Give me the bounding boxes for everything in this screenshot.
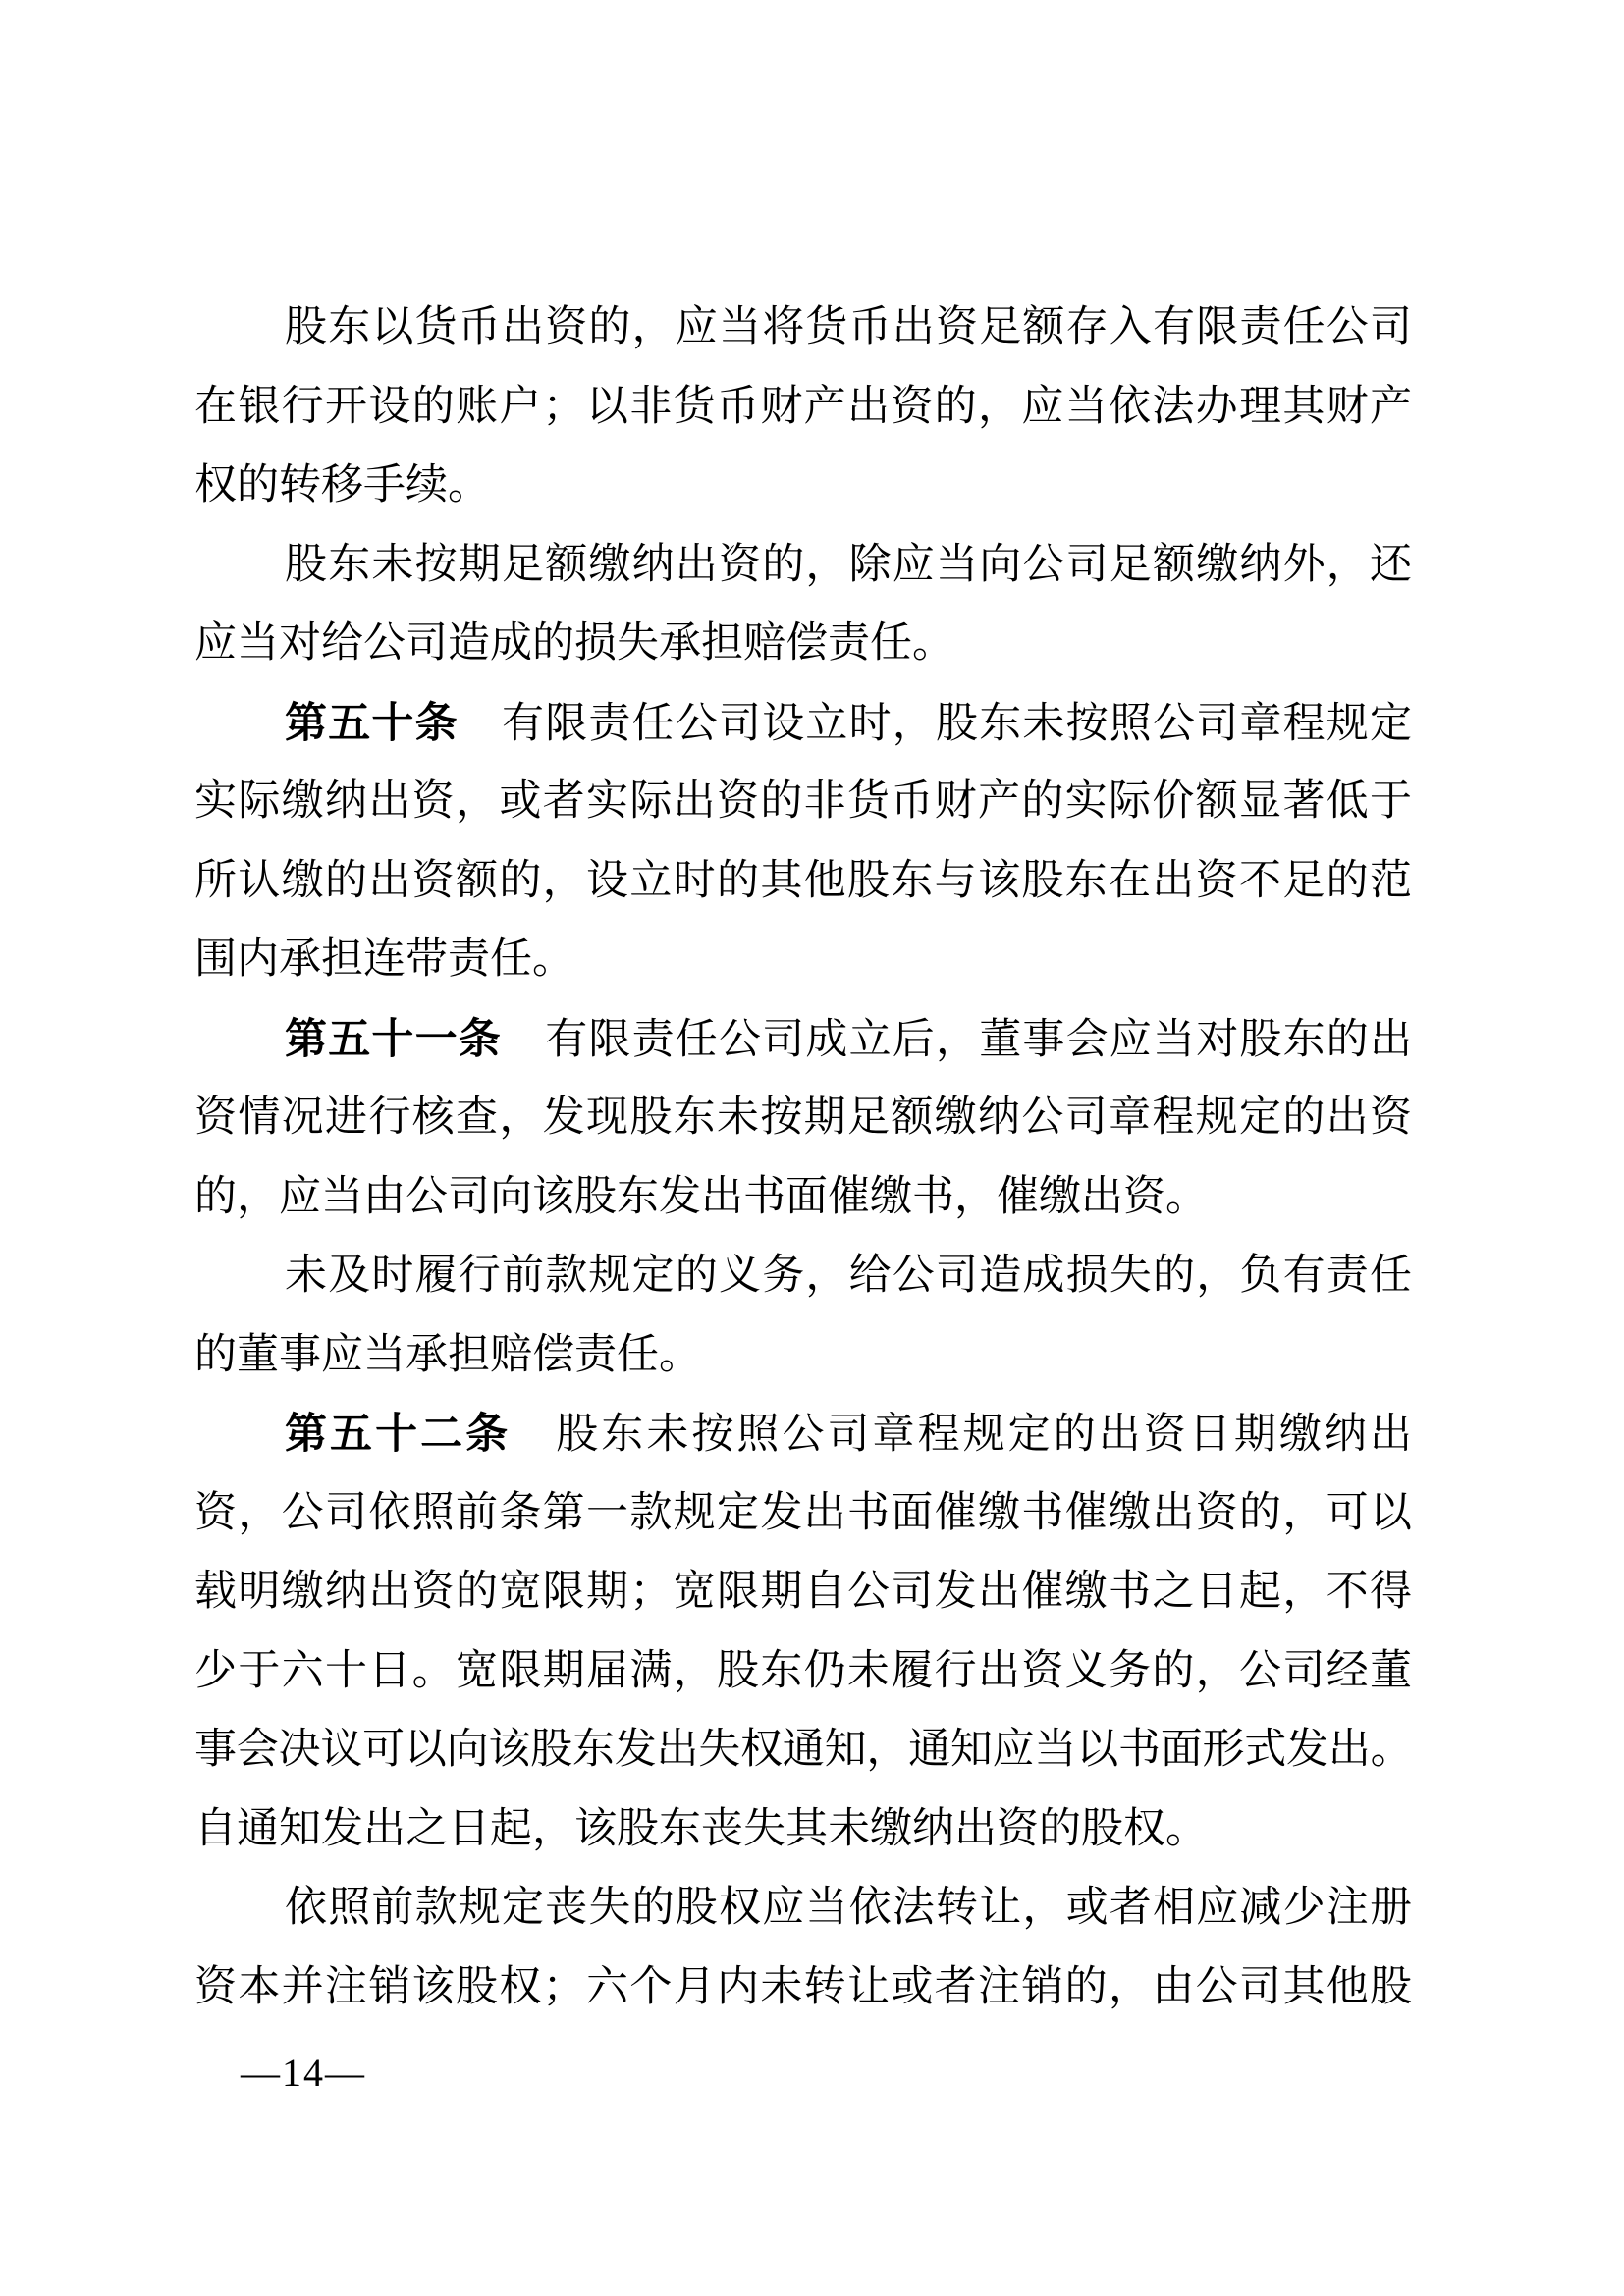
body-text-segment: 少于六十日。宽限期届满，股东仍未履行出资义务的，公司经董 [194,1648,1412,1694]
article-number: 第五十二条 [285,1411,511,1458]
body-text-segment: 资，公司依照前条第一款规定发出书面催缴书催缴出资的，可以 [194,1490,1412,1536]
text-line: 股东以货币出资的，应当将货币出资足额存入有限责任公司 [194,289,1412,368]
text-line: 围内承担连带责任。 [194,921,1412,1000]
body-text-segment: 应当对给公司造成的损失承担赔偿责任。 [194,620,954,667]
text-line: 事会决议可以向该股东发出失权通知，通知应当以书面形式发出。 [194,1711,1412,1790]
body-text-segment: 在银行开设的账户；以非货币财产出资的，应当依法办理其财产 [194,384,1412,430]
text-line: 第五十条 有限责任公司设立时，股东未按照公司章程规定 [194,684,1412,764]
body-text-segment: 实际缴纳出资，或者实际出资的非货币财产的实际价额显著低于 [194,778,1412,825]
body-text-segment: 所认缴的出资额的，设立时的其他股东与该股东在出资不足的范 [194,858,1412,904]
document-page: 股东以货币出资的，应当将货币出资足额存入有限责任公司在银行开设的账户；以非货币财… [0,0,1624,2296]
text-line: 所认缴的出资额的，设立时的其他股东与该股东在出资不足的范 [194,842,1412,922]
text-line: 实际缴纳出资，或者实际出资的非货币财产的实际价额显著低于 [194,763,1412,842]
text-line: 少于六十日。宽限期届满，股东仍未履行出资义务的，公司经董 [194,1632,1412,1712]
document-body: 股东以货币出资的，应当将货币出资足额存入有限责任公司在银行开设的账户；以非货币财… [194,289,1412,2027]
body-text-segment: 股东未按照公司章程规定的出资日期缴纳出 [511,1412,1412,1458]
body-text-segment: 资情况进行核查，发现股东未按期足额缴纳公司章程规定的出资 [194,1095,1412,1141]
article-number: 第五十条 [285,700,459,747]
article-number: 第五十一条 [285,1016,502,1063]
body-text-segment: 权的转移手续。 [194,462,490,508]
body-text-segment: 资本并注销该股权；六个月内未转让或者注销的，由公司其他股 [194,1964,1412,2010]
text-line: 资，公司依照前条第一款规定发出书面催缴书催缴出资的，可以 [194,1474,1412,1554]
body-text-segment: 有限责任公司成立后，董事会应当对股东的出 [502,1017,1412,1063]
text-line: 自通知发出之日起，该股东丧失其未缴纳出资的股权。 [194,1790,1412,1870]
body-text-segment: 未及时履行前款规定的义务，给公司造成损失的，负有责任 [285,1253,1412,1299]
page-number: —14— [241,2050,366,2096]
body-text-segment: 自通知发出之日起，该股东丧失其未缴纳出资的股权。 [194,1806,1208,1852]
body-text-segment: 事会决议可以向该股东发出失权通知，通知应当以书面形式发出。 [194,1727,1412,1773]
body-text-segment: 依照前款规定丧失的股权应当依法转让，或者相应减少注册 [285,1885,1412,1931]
text-line: 资情况进行核查，发现股东未按期足额缴纳公司章程规定的出资 [194,1079,1412,1158]
text-line: 权的转移手续。 [194,447,1412,526]
text-line: 第五十一条 有限责任公司成立后，董事会应当对股东的出 [194,1000,1412,1080]
text-line: 的董事应当承担赔偿责任。 [194,1316,1412,1396]
text-line: 载明缴纳出资的宽限期；宽限期自公司发出催缴书之日起，不得 [194,1553,1412,1632]
text-line: 未及时履行前款规定的义务，给公司造成损失的，负有责任 [194,1237,1412,1316]
text-line: 第五十二条 股东未按照公司章程规定的出资日期缴纳出 [194,1395,1412,1474]
body-text-segment: 股东未按期足额缴纳出资的，除应当向公司足额缴纳外，还 [285,542,1412,588]
text-line: 的，应当由公司向该股东发出书面催缴书，催缴出资。 [194,1158,1412,1238]
body-text-segment: 有限责任公司设立时，股东未按照公司章程规定 [459,701,1412,747]
text-line: 应当对给公司造成的损失承担赔偿责任。 [194,605,1412,684]
body-text-segment: 的，应当由公司向该股东发出书面催缴书，催缴出资。 [194,1174,1208,1220]
body-text-segment: 股东以货币出资的，应当将货币出资足额存入有限责任公司 [285,304,1412,350]
body-text-segment: 的董事应当承担赔偿责任。 [194,1332,701,1378]
text-line: 股东未按期足额缴纳出资的，除应当向公司足额缴纳外，还 [194,526,1412,606]
text-line: 在银行开设的账户；以非货币财产出资的，应当依法办理其财产 [194,368,1412,448]
text-line: 资本并注销该股权；六个月内未转让或者注销的，由公司其他股 [194,1949,1412,2028]
text-line: 依照前款规定丧失的股权应当依法转让，或者相应减少注册 [194,1869,1412,1949]
body-text-segment: 围内承担连带责任。 [194,936,574,983]
body-text-segment: 载明缴纳出资的宽限期；宽限期自公司发出催缴书之日起，不得 [194,1569,1412,1615]
